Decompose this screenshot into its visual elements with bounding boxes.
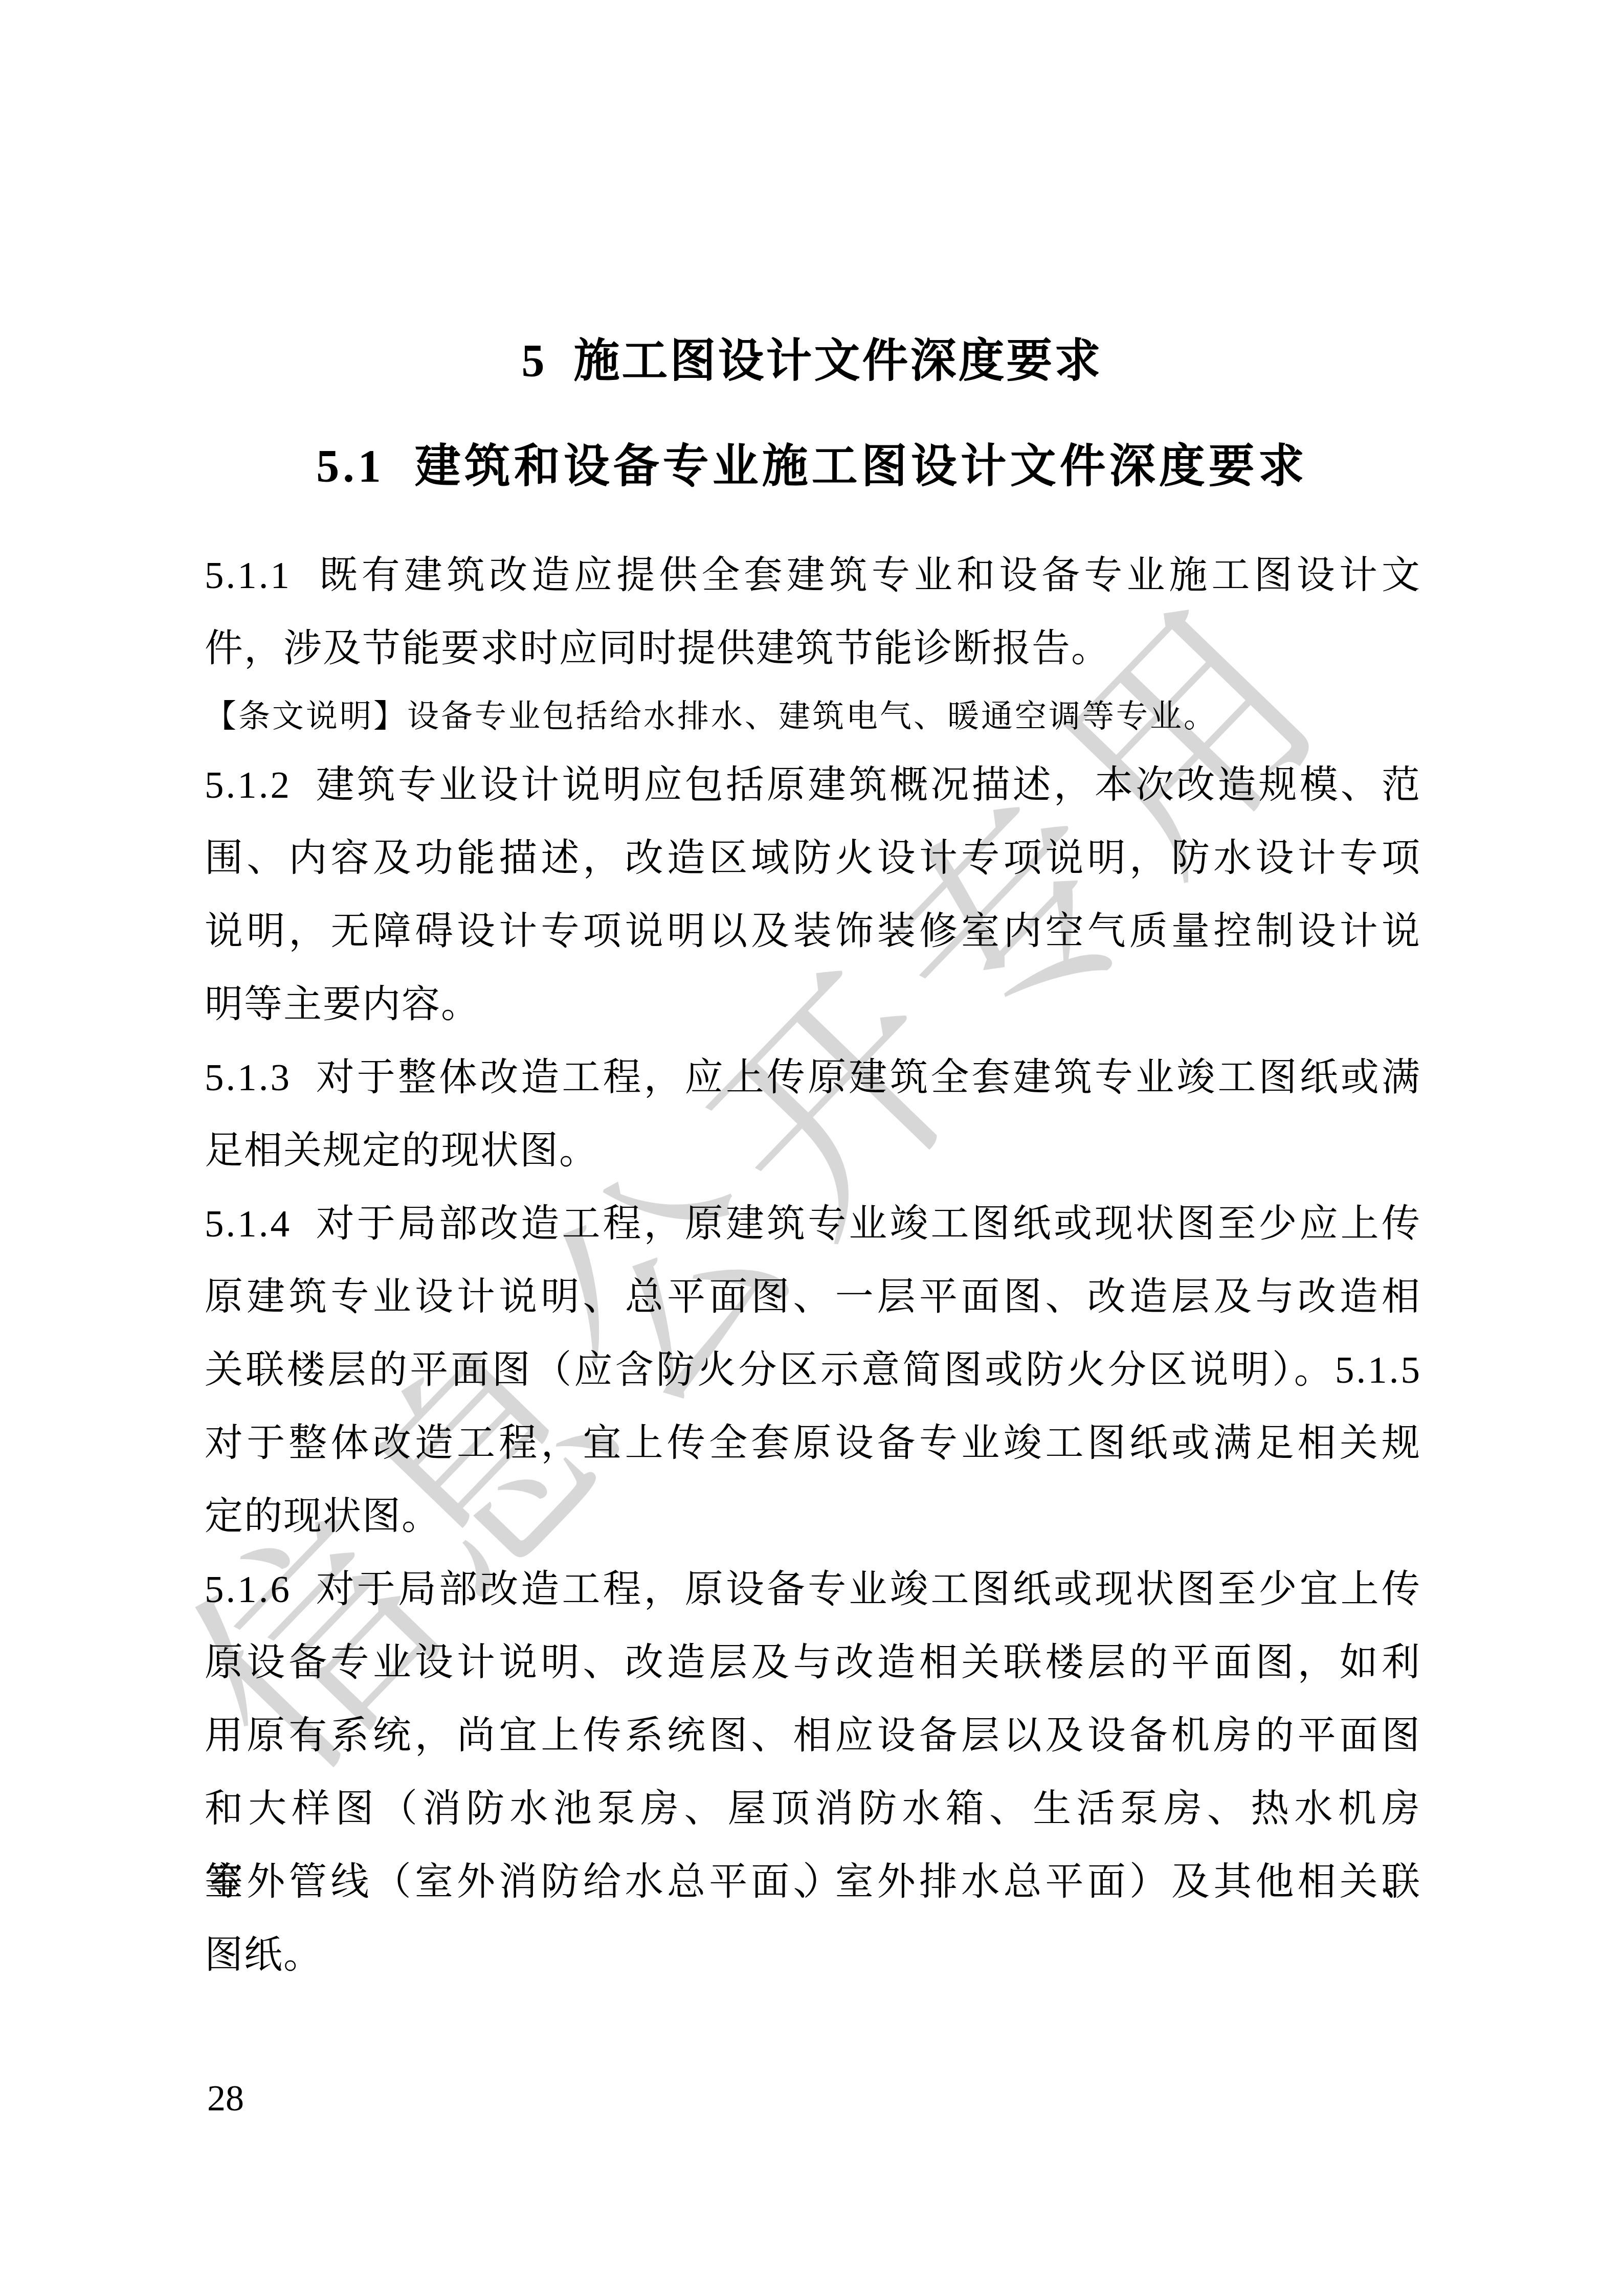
clause-text-line: 图纸。 xyxy=(205,1919,1422,1992)
clause-text-line: 围、内容及功能描述，改造区域防火设计专项说明，防水设计专项 xyxy=(205,822,1422,895)
clause-text-line: 用原有系统，尚宜上传系统图、相应设备层以及设备机房的平面图 xyxy=(205,1699,1422,1772)
clause-text-line: 5.1.3 对于整体改造工程，应上传原建筑全套建筑专业竣工图纸或满 xyxy=(205,1041,1422,1114)
clause-text-line: 室外管线（室外消防给水总平面、室外排水总平面）及其他相关联 xyxy=(205,1845,1422,1919)
clause-text-line: 关联楼层的平面图（应含防火分区示意简图或防火分区说明）。5.1.5 xyxy=(205,1334,1422,1407)
clause-text-line: 定的现状图。 xyxy=(205,1480,1422,1553)
clause-text-line: 件，涉及节能要求时应同时提供建筑节能诊断报告。 xyxy=(205,612,1422,685)
document-page: 信息公开专用 5 施工图设计文件深度要求 5.1 建筑和设备专业施工图设计文件深… xyxy=(0,0,1624,2296)
body-text: 5.1.1 既有建筑改造应提供全套建筑专业和设备专业施工图设计文件，涉及节能要求… xyxy=(205,539,1422,1992)
page-number: 28 xyxy=(207,2075,244,2121)
clause-text-line: 5.1.6 对于局部改造工程，原设备专业竣工图纸或现状图至少宜上传 xyxy=(205,1553,1422,1626)
clause-text-line: 原建筑专业设计说明、总平面图、一层平面图、改造层及与改造相 xyxy=(205,1260,1422,1334)
clause-text-line: 足相关规定的现状图。 xyxy=(205,1114,1422,1187)
section-heading: 5.1 建筑和设备专业施工图设计文件深度要求 xyxy=(0,439,1624,495)
chapter-heading: 5 施工图设计文件深度要求 xyxy=(0,333,1624,390)
clause-text-line: 明等主要内容。 xyxy=(205,968,1422,1041)
clause-text-line: 5.1.2 建筑专业设计说明应包括原建筑概况描述，本次改造规模、范 xyxy=(205,749,1422,822)
clause-text-line: 原设备专业设计说明、改造层及与改造相关联楼层的平面图，如利 xyxy=(205,1626,1422,1699)
clause-text-line: 5.1.4 对于局部改造工程，原建筑专业竣工图纸或现状图至少应上传 xyxy=(205,1187,1422,1260)
clause-text-line: 5.1.1 既有建筑改造应提供全套建筑专业和设备专业施工图设计文 xyxy=(205,539,1422,612)
clause-note-line: 【条文说明】设备专业包括给水排水、建筑电气、暖通空调等专业。 xyxy=(205,685,1422,749)
clause-text-line: 说明，无障碍设计专项说明以及装饰装修室内空气质量控制设计说 xyxy=(205,895,1422,968)
clause-text-line: 和大样图（消防水池泵房、屋顶消防水箱、生活泵房、热水机房等）、 xyxy=(205,1772,1422,1845)
clause-text-line: 对于整体改造工程，宜上传全套原设备专业竣工图纸或满足相关规 xyxy=(205,1407,1422,1480)
